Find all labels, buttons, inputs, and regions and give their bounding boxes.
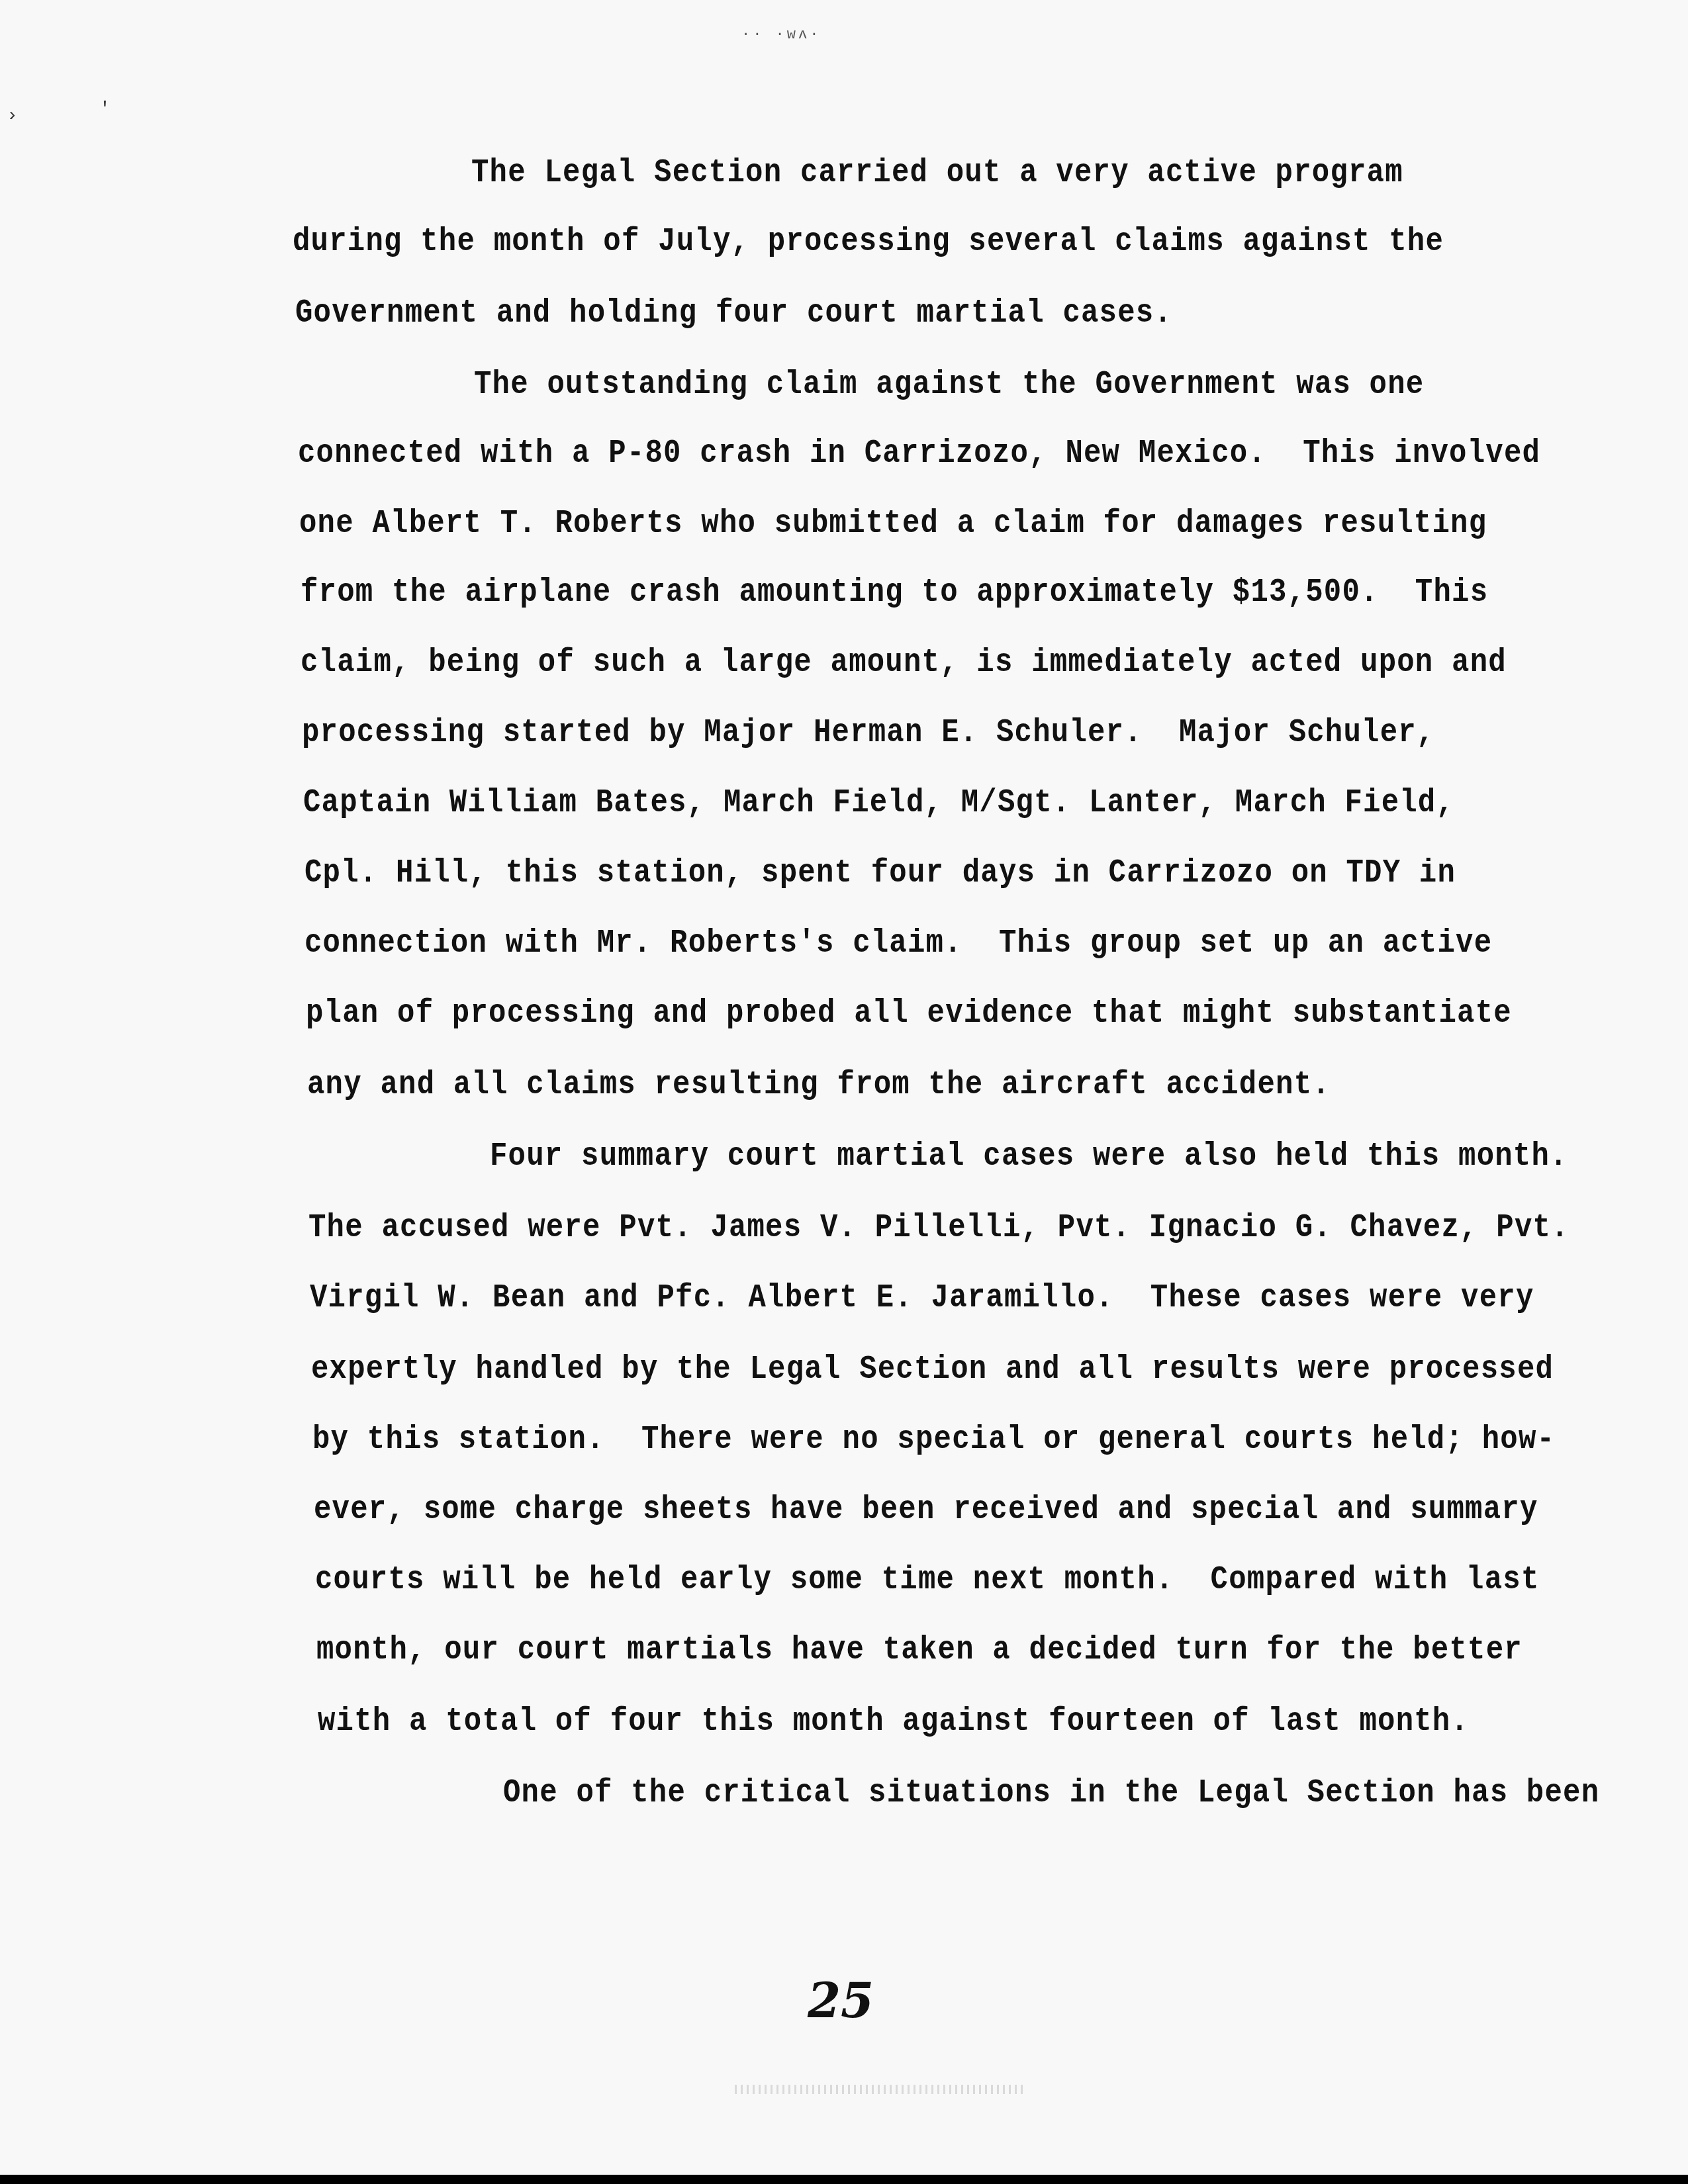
text-line: month, our court martials have taken a d… [316,1631,1523,1669]
text-line: any and all claims resulting from the ai… [307,1066,1331,1104]
page-number: 25 [808,1972,874,2028]
text-line: Cpl. Hill, this station, spent four days… [305,854,1456,892]
margin-speck: › [7,106,18,126]
text-line: The Legal Section carried out a very act… [471,154,1403,192]
text-line: courts will be held early some time next… [315,1561,1540,1599]
text-line: claim, being of such a large amount, is … [301,643,1507,682]
text-line: one Albert T. Roberts who submitted a cl… [299,504,1487,543]
text-line: ever, some charge sheets have been recei… [314,1490,1538,1529]
footer-scan-noise [735,2085,1026,2094]
text-line: Government and holding four court martia… [295,294,1172,332]
text-line: by this station. There were no special o… [312,1420,1555,1459]
header-mark: ·· ·wʌ· [741,26,821,43]
text-line: The outstanding claim against the Govern… [474,365,1424,404]
text-line: from the airplane crash amounting to app… [301,573,1488,612]
text-line: Captain William Bates, March Field, M/Sg… [303,784,1454,822]
text-line: during the month of July, processing sev… [293,222,1444,261]
text-line: expertly handled by the Legal Section an… [311,1350,1554,1388]
text-line: The accused were Pvt. James V. Pillelli,… [308,1208,1570,1247]
text-line: processing started by Major Herman E. Sc… [302,713,1434,752]
scan-border [0,2175,1688,2184]
text-line: One of the critical situations in the Le… [503,1774,1599,1812]
document-page: ·· ·wʌ· › ' The Legal Section carried ou… [0,0,1688,2184]
text-line: plan of processing and probed all eviden… [306,994,1512,1032]
margin-speck: ' [99,99,111,120]
text-line: connection with Mr. Roberts's claim. Thi… [305,924,1492,962]
text-line: Four summary court martial cases were al… [490,1137,1568,1175]
text-line: Virgil W. Bean and Pfc. Albert E. Jarami… [310,1279,1534,1317]
text-line: connected with a P-80 crash in Carrizozo… [298,434,1540,473]
text-line: with a total of four this month against … [318,1702,1469,1741]
